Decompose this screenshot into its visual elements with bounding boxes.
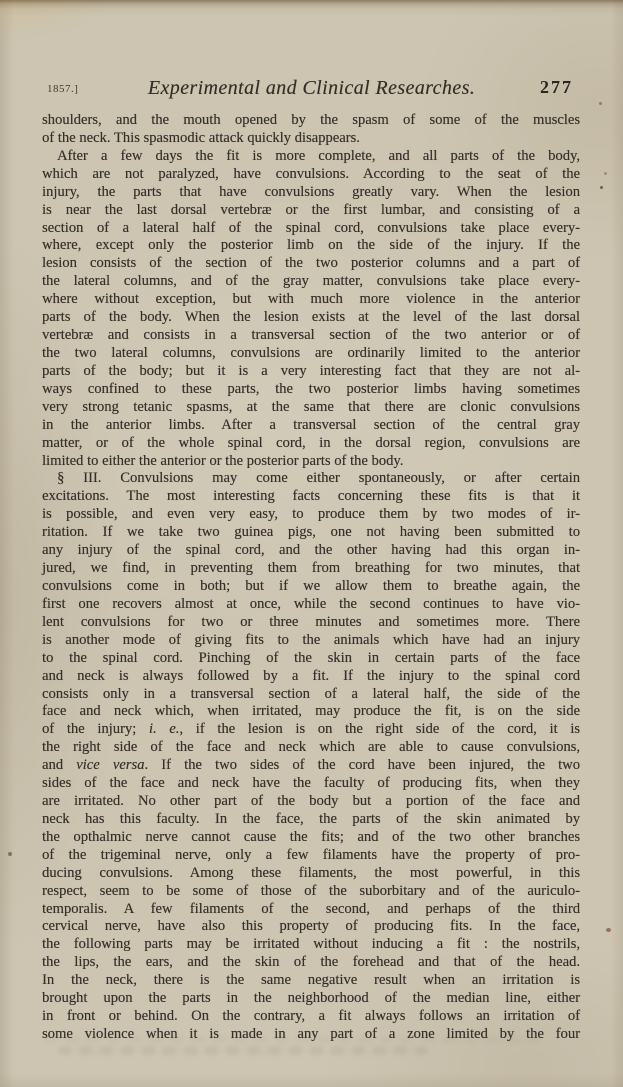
text-segment: vertebræ and consists in a transversal s… — [42, 327, 580, 343]
text-line: temporalis. A few filaments of the secon… — [42, 901, 580, 919]
text-segment: the lateral columns, and of the gray mat… — [42, 273, 580, 289]
text-line: neck has this faculty. In the face, the … — [42, 811, 580, 829]
text-line: § III. Convulsions may come either spont… — [42, 470, 580, 488]
text-segment: where, except only the posterior limb on… — [42, 237, 580, 253]
text-line: where, except only the posterior limb on… — [42, 237, 580, 255]
text-line: parts of the body. When the lesion exist… — [42, 309, 580, 327]
text-segment: in front or behind. On the contrary, a f… — [42, 1008, 580, 1024]
text-segment: of the trigeminal nerve, only a few fila… — [42, 847, 580, 863]
text-line: brought upon the parts in the neighborho… — [42, 990, 580, 1008]
paper-speck — [604, 172, 607, 175]
text-line: the following parts may be irritated wit… — [42, 936, 580, 954]
text-line: in the anterior limbs. After a transvers… — [42, 417, 580, 435]
text-line: the opthalmic nerve cannot cause the fit… — [42, 829, 580, 847]
text-line: matter, or of the whole spinal cord, in … — [42, 435, 580, 453]
text-segment: where without exception, but with much m… — [42, 291, 580, 307]
text-line: face and neck which, when irritated, may… — [42, 703, 580, 721]
body-text: shoulders, and the mouth opened by the s… — [42, 112, 580, 1044]
text-line: lent convulsions for two or three minute… — [42, 614, 580, 632]
text-segment: of the neck. This spasmodic attack quick… — [42, 130, 360, 146]
text-segment: the following parts may be irritated wit… — [42, 936, 580, 952]
text-segment: limited to either the anterior or the po… — [42, 453, 403, 469]
paper-speck — [599, 102, 602, 105]
text-segment: ways confined to these parts, the two po… — [42, 381, 580, 397]
text-segment: of the injury; — [42, 721, 149, 737]
text-segment: the right side of the face and neck whic… — [42, 739, 580, 755]
text-line: cervical nerve, have also this property … — [42, 918, 580, 936]
italic-text: i. e., — [149, 721, 183, 737]
text-segment: jured, we find, in preventing them from … — [42, 560, 580, 576]
text-line: to the spinal cord. Pinching of the skin… — [42, 650, 580, 668]
text-line: ways confined to these parts, the two po… — [42, 381, 580, 399]
text-line: shoulders, and the mouth opened by the s… — [42, 112, 580, 130]
text-line: ducing convulsions. Among these filament… — [42, 865, 580, 883]
text-line: In the neck, there is the same negative … — [42, 972, 580, 990]
text-line: where without exception, but with much m… — [42, 291, 580, 309]
text-segment: parts of the body; but it is a very inte… — [42, 363, 580, 379]
text-line: lesion consists of the section of the tw… — [42, 255, 580, 273]
text-line: of the injury; i. e., if the lesion is o… — [42, 721, 580, 739]
text-line: vertebræ and consists in a transversal s… — [42, 327, 580, 345]
text-line: the right side of the face and neck whic… — [42, 739, 580, 757]
text-line: the lips, the ears, and the skin of the … — [42, 954, 580, 972]
show-through-ghost-text — [58, 1046, 428, 1055]
running-title: Experimental and Clinical Researches. — [42, 77, 581, 100]
page-header: 1857.] Experimental and Clinical Researc… — [42, 70, 581, 100]
text-segment: injury, the parts that have convulsions … — [42, 184, 580, 200]
scanned-book-page: 1857.] Experimental and Clinical Researc… — [0, 0, 623, 1087]
text-segment: excitations. The most interesting facts … — [42, 488, 580, 504]
text-segment: . If the two sides of the cord have been… — [144, 757, 580, 773]
text-line: and neck is always followed by a fit. If… — [42, 668, 580, 686]
text-segment: ritation. If we take two guinea pigs, on… — [42, 524, 580, 540]
text-line: sides of the face and neck have the facu… — [42, 775, 580, 793]
text-line: jured, we find, in preventing them from … — [42, 560, 580, 578]
italic-text: vice versa — [76, 757, 144, 773]
text-segment: In the neck, there is the same negative … — [42, 972, 580, 988]
paper-speck — [606, 928, 611, 932]
text-line: ritation. If we take two guinea pigs, on… — [42, 524, 580, 542]
text-segment: After a few days the fit is more complet… — [57, 148, 580, 164]
text-line: is near the last dorsal vertebræ or the … — [42, 202, 580, 220]
text-segment: in the anterior limbs. After a transvers… — [42, 417, 580, 433]
text-segment: the lips, the ears, and the skin of the … — [42, 954, 580, 970]
text-segment: face and neck which, when irritated, may… — [42, 703, 580, 719]
text-segment: to the spinal cord. Pinching of the skin… — [42, 650, 580, 666]
text-segment: are irritated. No other part of the body… — [42, 793, 580, 809]
text-segment: lesion consists of the section of the tw… — [42, 255, 580, 271]
text-segment: cervical nerve, have also this property … — [42, 918, 580, 934]
text-segment: brought upon the parts in the neighborho… — [42, 990, 580, 1006]
text-segment: the two lateral columns, convulsions are… — [42, 345, 580, 361]
text-segment: § III. Convulsions may come either spont… — [57, 470, 580, 486]
text-segment: consists only in a transversal section o… — [42, 686, 580, 702]
text-line: very strong tetanic spasms, at the same … — [42, 399, 580, 417]
text-segment: respect, seem to be some of those of the… — [42, 883, 580, 899]
paper-speck — [600, 186, 603, 189]
text-segment: section of a lateral half of the spinal … — [42, 220, 580, 236]
text-line: in front or behind. On the contrary, a f… — [42, 1008, 580, 1026]
text-line: consists only in a transversal section o… — [42, 686, 580, 704]
text-segment: if the lesion is on the right side of th… — [183, 721, 580, 737]
text-line: parts of the body; but it is a very inte… — [42, 363, 580, 381]
text-line: which are not paralyzed, have convulsion… — [42, 166, 580, 184]
text-line: are irritated. No other part of the body… — [42, 793, 580, 811]
text-line: is another mode of giving fits to the an… — [42, 632, 580, 650]
text-segment: parts of the body. When the lesion exist… — [42, 309, 580, 325]
text-line: of the neck. This spasmodic attack quick… — [42, 130, 580, 148]
text-segment: neck has this faculty. In the face, the … — [42, 811, 580, 827]
show-through-ghost-text — [44, 1036, 544, 1043]
text-line: the two lateral columns, convulsions are… — [42, 345, 580, 363]
text-segment: first one recovers almost at once, while… — [42, 596, 580, 612]
text-line: of the trigeminal nerve, only a few fila… — [42, 847, 580, 865]
text-line: and vice versa. If the two sides of the … — [42, 757, 580, 775]
text-segment: matter, or of the whole spinal cord, in … — [42, 435, 580, 451]
text-line: After a few days the fit is more complet… — [42, 148, 580, 166]
text-segment: which are not paralyzed, have convulsion… — [42, 166, 580, 182]
text-line: injury, the parts that have convulsions … — [42, 184, 580, 202]
text-line: first one recovers almost at once, while… — [42, 596, 580, 614]
text-segment: the opthalmic nerve cannot cause the fit… — [42, 829, 580, 845]
text-segment: any injury of the spinal cord, and the o… — [42, 542, 580, 558]
text-segment: is possible, and even very easy, to prod… — [42, 506, 580, 522]
text-segment: is another mode of giving fits to the an… — [42, 632, 580, 648]
text-line: limited to either the anterior or the po… — [42, 453, 580, 471]
text-segment: and — [42, 757, 76, 773]
text-segment: shoulders, and the mouth opened by the s… — [42, 112, 580, 128]
text-segment: convulsions come in both; but if we allo… — [42, 578, 580, 594]
text-line: section of a lateral half of the spinal … — [42, 220, 580, 238]
text-segment: is near the last dorsal vertebræ or the … — [42, 202, 580, 218]
text-segment: very strong tetanic spasms, at the same … — [42, 399, 580, 415]
text-line: the lateral columns, and of the gray mat… — [42, 273, 580, 291]
text-line: any injury of the spinal cord, and the o… — [42, 542, 580, 560]
text-segment: ducing convulsions. Among these filament… — [42, 865, 580, 881]
text-line: respect, seem to be some of those of the… — [42, 883, 580, 901]
text-segment: temporalis. A few filaments of the secon… — [42, 901, 580, 917]
text-segment: and neck is always followed by a fit. If… — [42, 668, 580, 684]
text-line: is possible, and even very easy, to prod… — [42, 506, 580, 524]
text-segment: sides of the face and neck have the facu… — [42, 775, 580, 791]
text-segment: lent convulsions for two or three minute… — [42, 614, 580, 630]
page-number: 277 — [540, 77, 573, 98]
text-line: convulsions come in both; but if we allo… — [42, 578, 580, 596]
text-line: excitations. The most interesting facts … — [42, 488, 580, 506]
paper-speck — [8, 852, 12, 856]
